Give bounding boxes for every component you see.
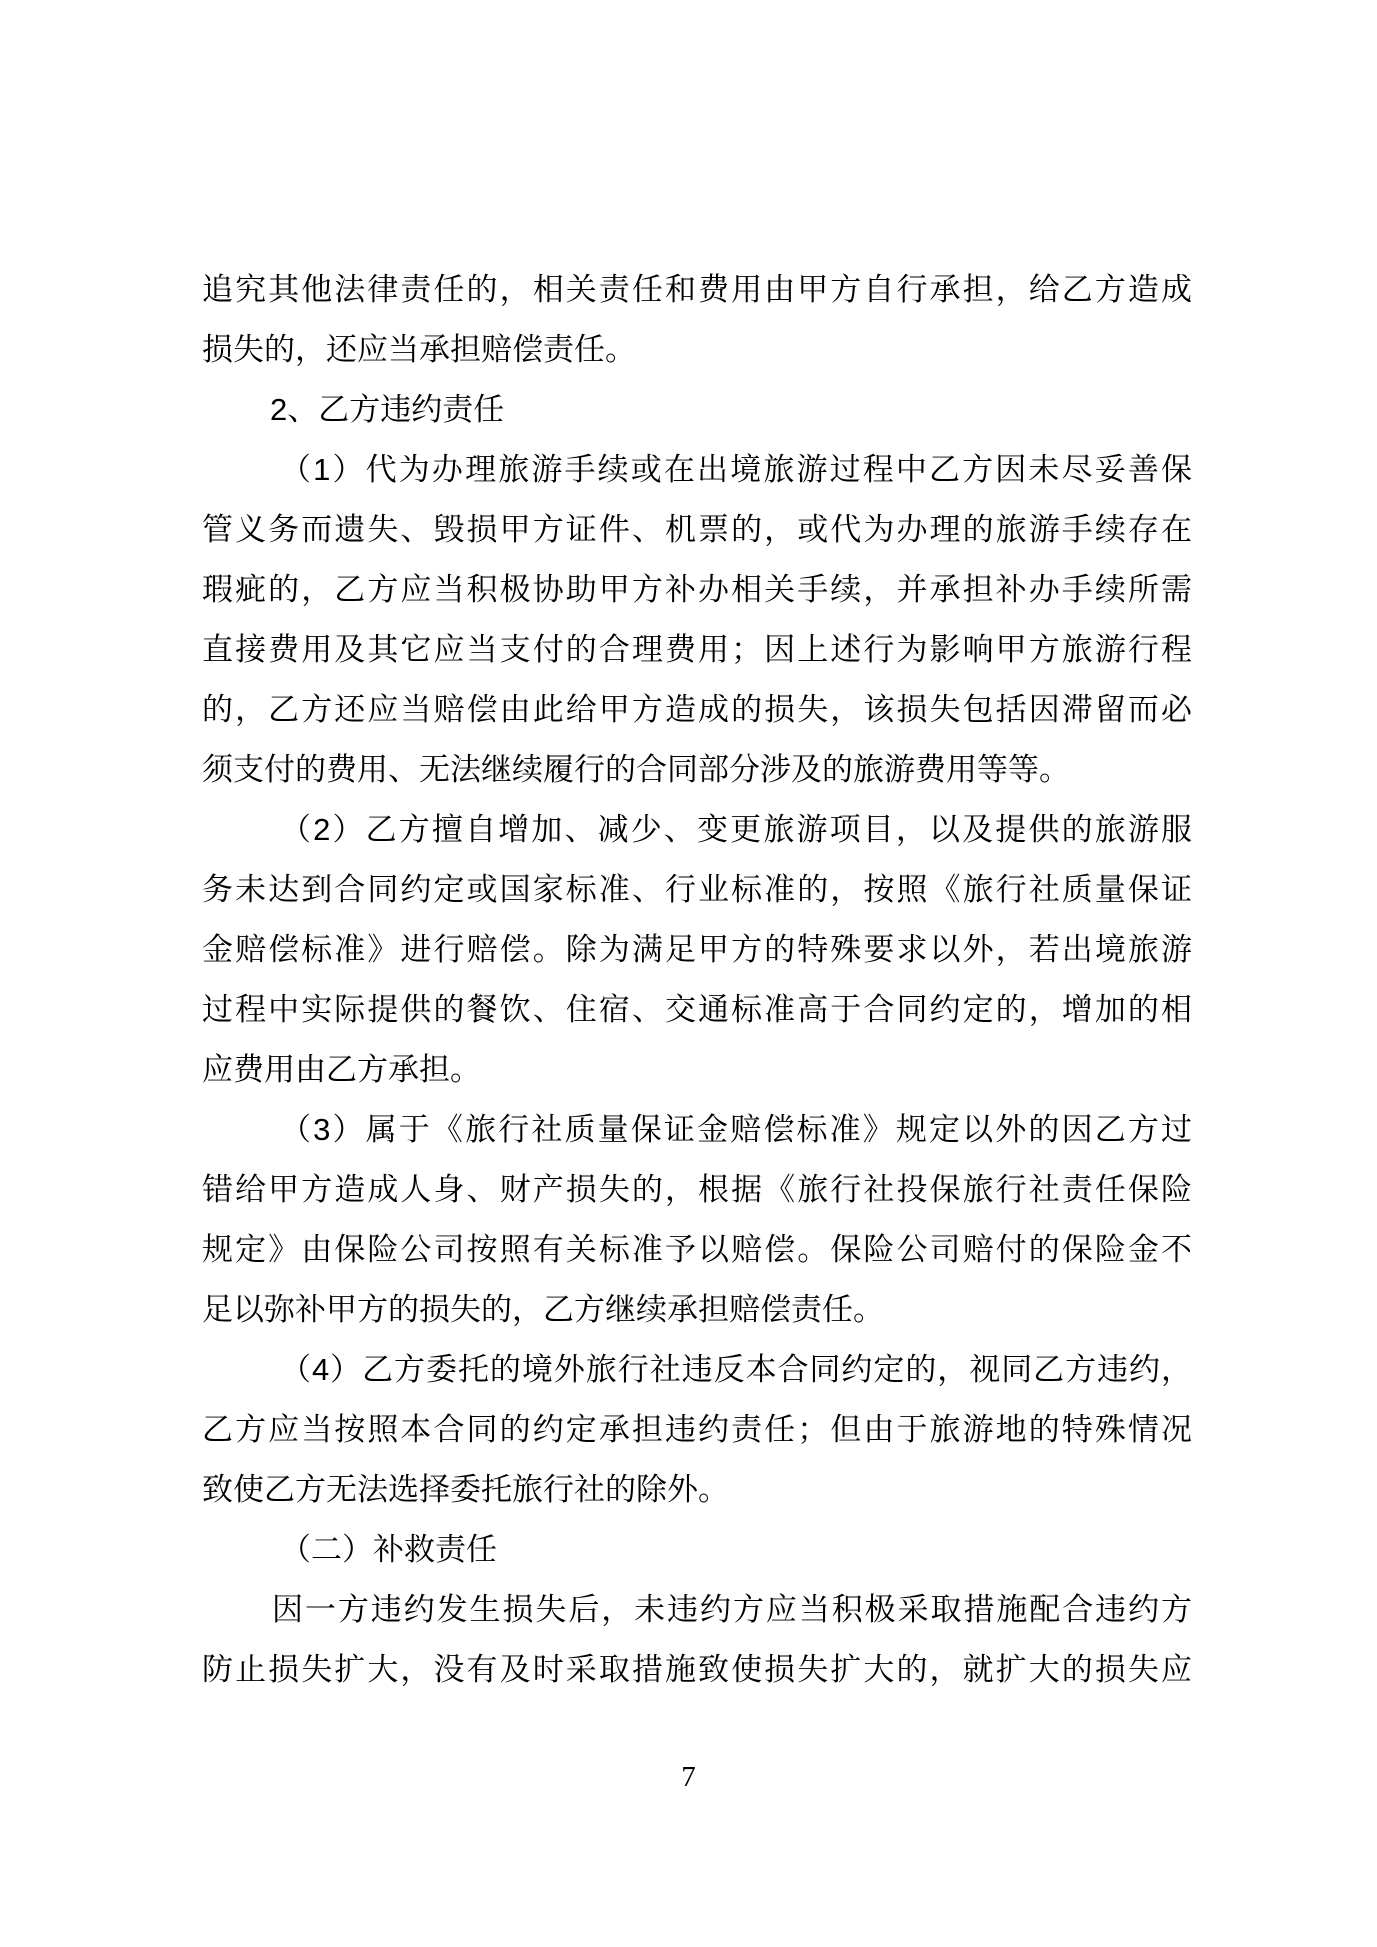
text-line: 瑕疵的，乙方应当积极协助甲方补办相关手续，并承担补办手续所需	[202, 560, 1192, 620]
text-line: （3）属于《旅行社质量保证金赔偿标准》规定以外的因乙方过	[202, 1100, 1192, 1160]
text-line: 务未达到合同约定或国家标准、行业标准的，按照《旅行社质量保证	[202, 860, 1192, 920]
document-body: 追究其他法律责任的，相关责任和费用由甲方自行承担，给乙方造成损失的，还应当承担赔…	[202, 260, 1192, 1700]
text-line: （1）代为办理旅游手续或在出境旅游过程中乙方因未尽妥善保	[202, 440, 1192, 500]
text-line: 错给甲方造成人身、财产损失的，根据《旅行社投保旅行社责任保险	[202, 1160, 1192, 1220]
text-line: 金赔偿标准》进行赔偿。除为满足甲方的特殊要求以外，若出境旅游	[202, 920, 1192, 980]
page-number: 7	[0, 1760, 1377, 1794]
text-line: 致使乙方无法选择委托旅行社的除外。	[202, 1460, 1192, 1520]
text-line: 须支付的费用、无法继续履行的合同部分涉及的旅游费用等等。	[202, 740, 1192, 800]
text-line: 足以弥补甲方的损失的，乙方继续承担赔偿责任。	[202, 1280, 1192, 1340]
text-line: 2、乙方违约责任	[202, 380, 1192, 440]
text-line: （二）补救责任	[202, 1520, 1192, 1580]
text-line: （4）乙方委托的境外旅行社违反本合同约定的，视同乙方违约，	[202, 1340, 1192, 1400]
text-line: 应费用由乙方承担。	[202, 1040, 1192, 1100]
page: 追究其他法律责任的，相关责任和费用由甲方自行承担，给乙方造成损失的，还应当承担赔…	[0, 0, 1377, 1947]
text-line: 损失的，还应当承担赔偿责任。	[202, 320, 1192, 380]
text-line: （2）乙方擅自增加、减少、变更旅游项目，以及提供的旅游服	[202, 800, 1192, 860]
text-line: 乙方应当按照本合同的约定承担违约责任；但由于旅游地的特殊情况	[202, 1400, 1192, 1460]
text-line: 过程中实际提供的餐饮、住宿、交通标准高于合同约定的，增加的相	[202, 980, 1192, 1040]
text-line: 直接费用及其它应当支付的合理费用；因上述行为影响甲方旅游行程	[202, 620, 1192, 680]
text-line: 追究其他法律责任的，相关责任和费用由甲方自行承担，给乙方造成	[202, 260, 1192, 320]
text-line: 管义务而遗失、毁损甲方证件、机票的，或代为办理的旅游手续存在	[202, 500, 1192, 560]
text-line: 防止损失扩大，没有及时采取措施致使损失扩大的，就扩大的损失应	[202, 1640, 1192, 1700]
text-line: 的，乙方还应当赔偿由此给甲方造成的损失，该损失包括因滞留而必	[202, 680, 1192, 740]
text-line: 因一方违约发生损失后，未违约方应当积极采取措施配合违约方	[202, 1580, 1192, 1640]
text-line: 规定》由保险公司按照有关标准予以赔偿。保险公司赔付的保险金不	[202, 1220, 1192, 1280]
